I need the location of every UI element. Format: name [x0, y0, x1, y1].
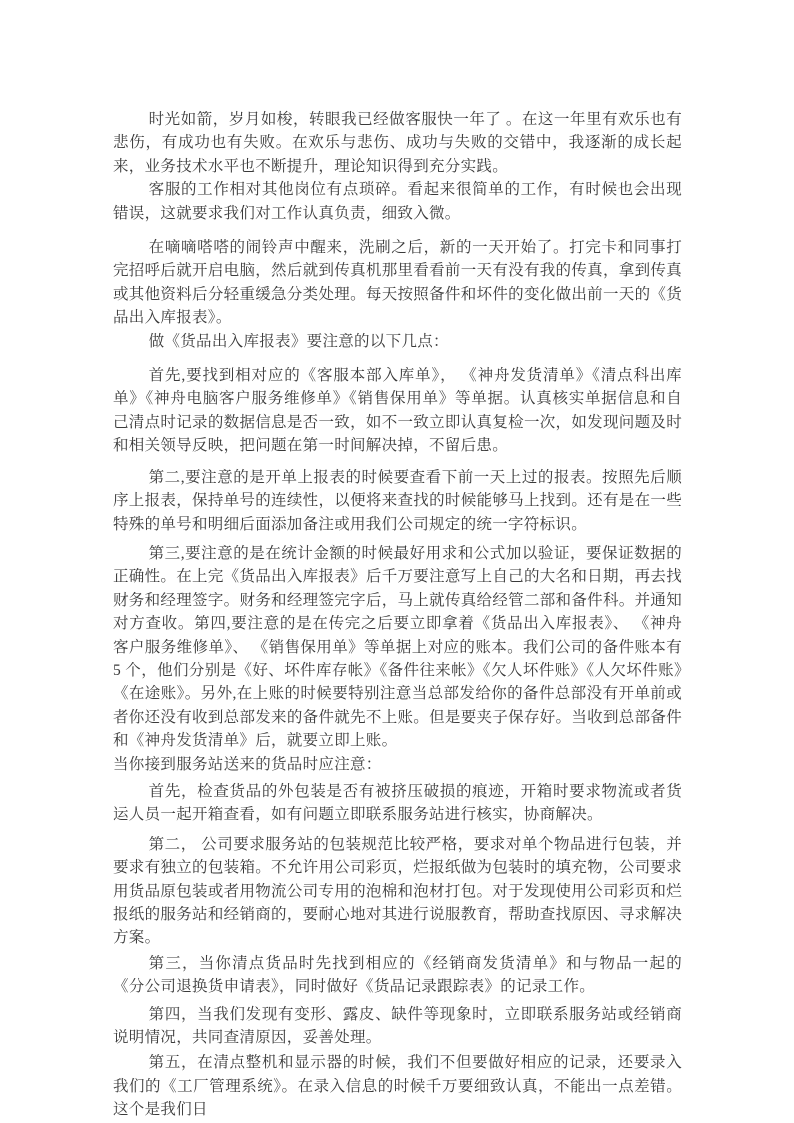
document-page: 时光如箭，岁月如梭，转眼我已经做客服快一年了 。在这一年里有欢乐也有悲伤，有成功…: [0, 0, 794, 1123]
paragraph-check-third: 第三，当你清点货品时先找到相应的《经销商发货清单》和与物品一起的《分公司退换货申…: [113, 952, 682, 999]
paragraph-check-fifth: 第五，在清点整机和显示器的时候，我们不但要做好相应的记录，还要录入我们的《工厂管…: [113, 1051, 682, 1121]
paragraph-check-first: 首先，检查货品的外包装是否有被挤压破损的痕迹，开箱时要求物流或者货运人员一起开箱…: [113, 780, 682, 827]
document-body: 时光如箭，岁月如梭，转眼我已经做客服快一年了 。在这一年里有欢乐也有悲伤，有成功…: [113, 108, 682, 1122]
paragraph-point-third-fourth: 第三,要注意的是在统计金额的时候最好用求和公式加以验证，要保证数据的 正确性。在…: [113, 542, 682, 753]
paragraph-point-first: 首先,要找到相对应的《客服本部入库单》， 《神舟发货清单》《清点科出库单》《神舟…: [113, 364, 682, 458]
paragraph-daily-routine: 在嘀嘀嗒嗒的闹铃声中醒来，洗刷之后，新的一天开始了。打完卡和同事打完招呼后就开启…: [113, 236, 682, 330]
paragraph-point-second: 第二,要注意的是开单上报表的时候要查看下前一天上过的报表。按照先后顺序上报表，保…: [113, 466, 682, 536]
paragraph-work-nature: 客服的工作相对其他岗位有点琐碎。看起来很简单的工作，有时候也会出现错误，这就要求…: [113, 178, 682, 225]
paragraph-check-fourth: 第四，当我们发现有变形、露皮、缺件等现象时，立即联系服务站或经销商说明情况，共同…: [113, 1003, 682, 1050]
paragraph-check-second: 第二， 公司要求服务站的包装规范比较严格，要求对单个物品进行包装，并要求有独立的…: [113, 833, 682, 950]
paragraph-intro: 时光如箭，岁月如梭，转眼我已经做客服快一年了 。在这一年里有欢乐也有悲伤，有成功…: [113, 108, 682, 178]
paragraph-report-notes-lead: 做《货品出入库报表》要注意的以下几点：: [113, 330, 682, 353]
paragraph-goods-notice-lead: 当你接到服务站送来的货品时应注意：: [113, 753, 682, 776]
